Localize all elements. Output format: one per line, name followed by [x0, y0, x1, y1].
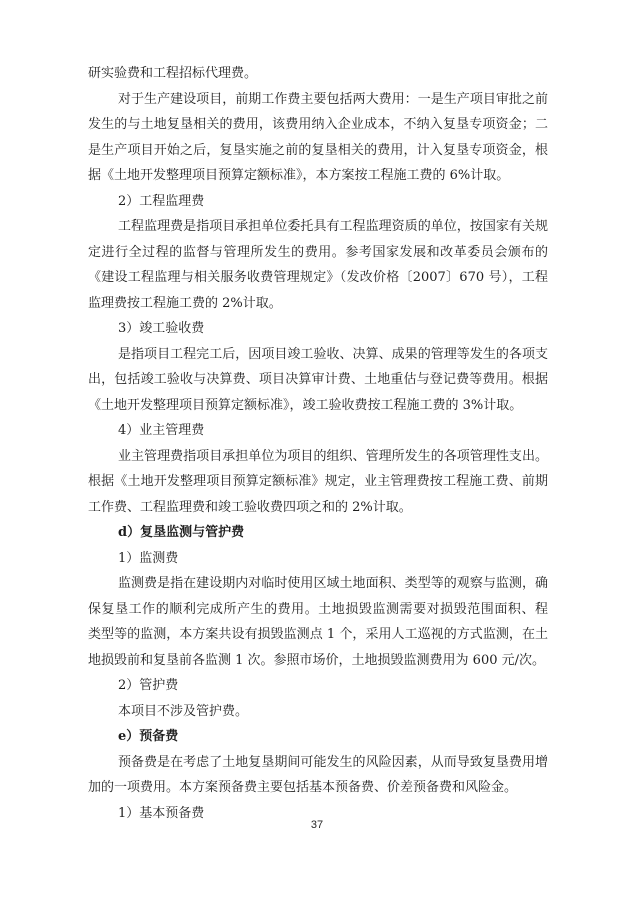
text-line-7: 工程监理费是指项目承担单位委托具有工程监理资质的单位，按国家有关规	[88, 214, 548, 240]
text-line-21: 监测费是指在建设期内对临时使用区域土地面积、类型等的观察与监测，确	[88, 571, 548, 597]
text-line-16: 业主管理费指项目承担单位为项目的组织、管理所发生的各项管理性支出。	[88, 444, 548, 470]
text-line-5: 据《土地开发整理项目预算定额标准》，本方案按工程施工费的 6%计取。	[88, 163, 548, 189]
text-line-22: 保复垦工作的顺利完成所产生的费用。土地损毁监测需要对损毁范围面积、程度、	[88, 597, 548, 623]
text-line-26: 本项目不涉及管护费。	[88, 699, 548, 725]
page-number: 37	[311, 819, 323, 831]
text-line-4: 是生产项目开始之后，复垦实施之前的复垦相关的费用，计入复垦专项资金，根	[88, 138, 548, 164]
text-line-13: 出，包括竣工验收与决算费、项目决算审计费、土地重估与登记费等费用。根据	[88, 367, 548, 393]
page-footer: 37	[0, 819, 634, 831]
text-line-19: d）复垦监测与管护费	[88, 520, 548, 546]
text-line-11: 3）竣工验收费	[88, 316, 548, 342]
text-line-24: 地损毁前和复垦前各监测 1 次。参照市场价，土地损毁监测费用为 600 元/次。	[88, 648, 548, 674]
document-page: 研实验费和工程招标代理费。对于生产建设项目，前期工作费主要包括两大费用：一是生产…	[0, 0, 634, 898]
text-line-3: 发生的与土地复垦相关的费用，该费用纳入企业成本，不纳入复垦专项资金；二	[88, 112, 548, 138]
text-line-18: 工作费、工程监理费和竣工验收费四项之和的 2%计取。	[88, 495, 548, 521]
text-line-1: 研实验费和工程招标代理费。	[88, 61, 548, 87]
text-line-25: 2）管护费	[88, 673, 548, 699]
text-line-20: 1）监测费	[88, 546, 548, 572]
text-line-8: 定进行全过程的监督与管理所发生的费用。参考国家发展和改革委员会颁布的	[88, 240, 548, 266]
text-line-28: 预备费是在考虑了土地复垦期间可能发生的风险因素，从而导致复垦费用增	[88, 750, 548, 776]
text-line-23: 类型等的监测，本方案共设有损毁监测点 1 个，采用人工巡视的方式监测，在土	[88, 622, 548, 648]
document-text: 研实验费和工程招标代理费。对于生产建设项目，前期工作费主要包括两大费用：一是生产…	[88, 61, 548, 826]
text-line-10: 监理费按工程施工费的 2%计取。	[88, 291, 548, 317]
text-line-12: 是指项目工程完工后，因项目竣工验收、决算、成果的管理等发生的各项支	[88, 342, 548, 368]
text-line-14: 《土地开发整理项目预算定额标准》，竣工验收费按工程施工费的 3%计取。	[88, 393, 548, 419]
text-line-6: 2）工程监理费	[88, 189, 548, 215]
text-line-2: 对于生产建设项目，前期工作费主要包括两大费用：一是生产项目审批之前	[88, 87, 548, 113]
text-line-9: 《建设工程监理与相关服务收费管理规定》（发改价格〔2007〕670 号），工程	[88, 265, 548, 291]
text-line-17: 根据《土地开发整理项目预算定额标准》规定，业主管理费按工程施工费、前期	[88, 469, 548, 495]
text-line-27: e）预备费	[88, 724, 548, 750]
text-line-29: 加的一项费用。本方案预备费主要包括基本预备费、价差预备费和风险金。	[88, 775, 548, 801]
text-line-15: 4）业主管理费	[88, 418, 548, 444]
